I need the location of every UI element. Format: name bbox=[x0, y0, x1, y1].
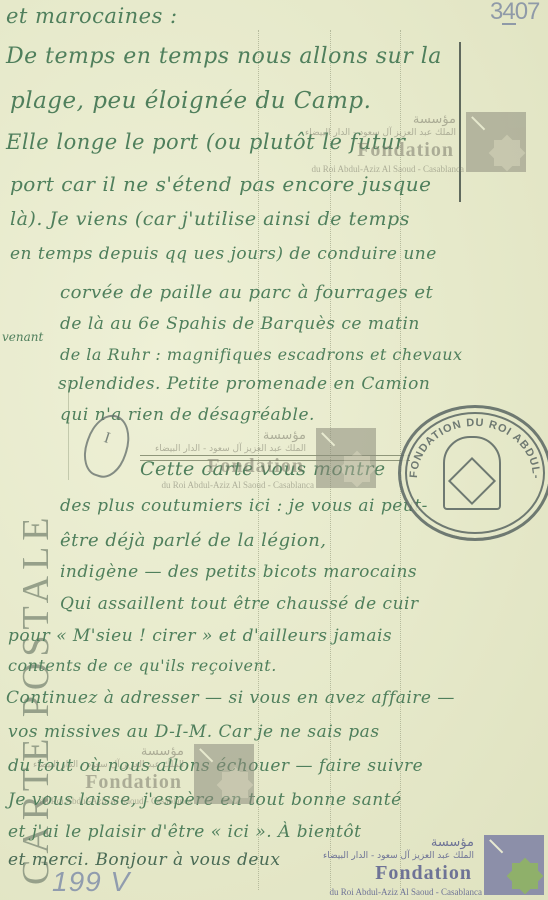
watermark-arabic-subtitle: الملك عبد العزيز آل سعود - الدار البيضاء bbox=[155, 444, 306, 454]
watermark-subtitle: du Roi Abdul-Aziz Al Saoud - Casablanca bbox=[162, 480, 314, 490]
postcard: CARTE POSTALE 3407 199 V venant et maroc… bbox=[0, 0, 548, 900]
handwritten-line: plage, peu éloignée du Camp. bbox=[10, 88, 371, 114]
handwritten-line: De temps en temps nous allons sur la bbox=[6, 44, 442, 69]
margin-note: venant bbox=[2, 330, 43, 344]
watermark-arabic-subtitle: الملك عبد العزيز آل سعود - الدار البيضاء bbox=[305, 128, 456, 138]
handwritten-line: de la Ruhr : magnifiques escadrons et ch… bbox=[60, 345, 463, 364]
printed-margin-line bbox=[68, 380, 69, 480]
handwritten-line: et marocaines : bbox=[6, 4, 178, 28]
handwritten-line: vos missives au D-I-M. Car je ne sais pa… bbox=[8, 722, 380, 742]
stamp-arch-emblem bbox=[443, 436, 501, 510]
handwritten-line: des plus coutumiers ici : je vous ai peu… bbox=[60, 496, 428, 516]
watermark-fondation-main: مؤسسة الملك عبد العزيز آل سعود - الدار ا… bbox=[282, 835, 544, 897]
watermark-subtitle: du Roi Abdul-Aziz Al Saoud - Casablanca bbox=[330, 887, 482, 897]
watermark-arabic-title: مؤسسة bbox=[141, 744, 184, 759]
archive-reference-bottom: 199 V bbox=[52, 866, 130, 898]
watermark-subtitle: du Roi Abdul-Aziz Al Saoud - Casablanca bbox=[40, 796, 192, 806]
star-icon bbox=[512, 863, 538, 889]
watermark-title: Fondation bbox=[357, 139, 454, 162]
foundation-round-stamp: FONDATION DU ROI ABDUL-AZIZ AL SAOUD bbox=[398, 405, 548, 541]
watermark-title: Fondation bbox=[85, 771, 182, 794]
watermark-fondation: مؤسسة الملك عبد العزيز آل سعود - الدار ا… bbox=[8, 744, 254, 808]
oval-stamp-mark: I bbox=[102, 429, 113, 448]
watermark-logo-icon bbox=[466, 112, 526, 172]
handwritten-line: là). Je viens (car j'utilise ainsi de te… bbox=[10, 208, 410, 230]
handwritten-line: de là au 6e Spahis de Barquès ce matin bbox=[60, 314, 420, 334]
watermark-title: Fondation bbox=[207, 455, 304, 478]
star-icon bbox=[344, 456, 370, 482]
handwritten-line: indigène — des petits bicots marocains bbox=[60, 562, 417, 582]
handwritten-line: être déjà parlé de la légion, bbox=[60, 530, 327, 551]
star-icon bbox=[222, 772, 248, 798]
watermark-logo-icon bbox=[194, 744, 254, 804]
watermark-logo-icon bbox=[484, 835, 544, 895]
handwritten-line: splendides. Petite promenade en Camion bbox=[58, 374, 430, 394]
handwritten-line: en temps depuis qq ues jours) de conduir… bbox=[10, 244, 437, 264]
archive-reference-top: 3407 bbox=[490, 0, 539, 26]
watermark-arabic-subtitle: الملك عبد العزيز آل سعود - الدار البيضاء bbox=[323, 851, 474, 861]
watermark-arabic-title: مؤسسة bbox=[263, 428, 306, 443]
handwritten-line: Qui assaillent tout être chaussé de cuir bbox=[60, 594, 419, 614]
handwritten-line: contents de ce qu'ils reçoivent. bbox=[8, 656, 277, 675]
watermark-arabic-title: مؤسسة bbox=[431, 835, 474, 850]
watermark-arabic-subtitle: الملك عبد العزيز آل سعود - الدار البيضاء bbox=[33, 760, 184, 770]
watermark-title: Fondation bbox=[375, 862, 472, 885]
stamp-star-emblem-icon bbox=[448, 457, 496, 505]
watermark-fondation: مؤسسة الملك عبد العزيز آل سعود - الدار ا… bbox=[130, 428, 376, 492]
handwritten-line: Continuez à adresser — si vous en avez a… bbox=[6, 688, 455, 708]
watermark-arabic-title: مؤسسة bbox=[413, 112, 456, 127]
watermark-fondation: مؤسسة الملك عبد العزيز آل سعود - الدار ا… bbox=[280, 112, 526, 176]
handwritten-line: et merci. Bonjour à vous deux bbox=[8, 850, 280, 870]
watermark-logo-icon bbox=[316, 428, 376, 488]
handwritten-line: corvée de paille au parc à fourrages et bbox=[60, 282, 433, 303]
star-icon bbox=[494, 140, 520, 166]
watermark-subtitle: du Roi Abdul-Aziz Al Saoud - Casablanca bbox=[312, 164, 464, 174]
handwritten-line: pour « M'sieu ! cirer » et d'ailleurs ja… bbox=[8, 626, 392, 646]
